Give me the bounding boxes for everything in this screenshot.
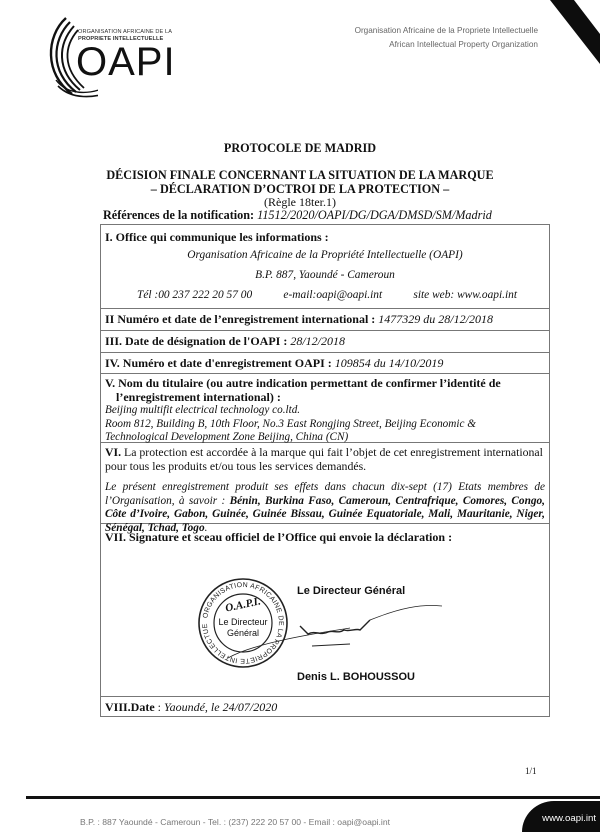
corner-ribbon-icon <box>530 0 600 80</box>
footer-website: www.oapi.int <box>542 813 596 824</box>
logo-acronym: OAPI <box>76 38 176 86</box>
section-oapi-registration: IV. Numéro et date d'enregistrement OAPI… <box>101 353 549 374</box>
designation-date-label: III. Date de désignation de l'OAPI : <box>105 334 287 348</box>
page-number: 1/1 <box>525 766 537 776</box>
section-date: VIII.Date : Yaoundé, le 24/07/2020 <box>101 697 549 718</box>
signatory-name: Denis L. BOHOUSSOU <box>297 671 415 683</box>
footer-website-badge: www.oapi.int <box>522 801 600 832</box>
section-holder: V. Nom du titulaire (ou autre indication… <box>101 374 549 443</box>
logo-line-1: ORGANISATION AFRICAINE DE LA <box>78 29 172 36</box>
section-office: I. Office qui communique les information… <box>101 225 549 309</box>
section-protection: VI. La protection est accordée à la marq… <box>101 443 549 524</box>
office-org-name: Organisation Africaine de la Propriété I… <box>101 249 549 261</box>
signature-heading: VII. Signature et sceau officiel de l’Of… <box>105 530 452 545</box>
protection-statement: VI. La protection est accordée à la marq… <box>105 446 545 473</box>
handwritten-signature-icon <box>220 600 450 660</box>
footer-contact: B.P. : 887 Yaoundé - Cameroun - Tel. : (… <box>0 817 470 827</box>
document-title: PROTOCOLE DE MADRID <box>0 141 600 156</box>
intl-registration-value: 1477329 du 28/12/2018 <box>378 312 493 326</box>
oapi-registration-value: 109854 du 14/10/2019 <box>335 356 444 370</box>
date-label: VIII.Date <box>105 700 155 714</box>
section-office-heading: I. Office qui communique les information… <box>105 230 329 245</box>
header-org-en: African Intellectual Property Organizati… <box>355 38 538 52</box>
holder-heading-2: l’enregistrement international) : <box>105 391 545 405</box>
protection-text: La protection est accordée à la marque q… <box>105 445 543 473</box>
designation-date-value: 28/12/2018 <box>290 334 345 348</box>
intl-registration-label: II Numéro et date de l’enregistrement in… <box>105 312 375 326</box>
office-contacts: Tél :00 237 222 20 57 00 e-mail:oapi@oap… <box>101 289 549 301</box>
footer-divider <box>26 796 600 799</box>
office-website: site web: www.oapi.int <box>413 289 517 301</box>
reference-label: Références de la notification: <box>103 208 254 222</box>
office-address: B.P. 887, Yaoundé - Cameroun <box>101 269 549 281</box>
section-designation-date: III. Date de désignation de l'OAPI : 28/… <box>101 331 549 353</box>
oapi-logo: ORGANISATION AFRICAINE DE LA PROPRIETE I… <box>40 14 180 94</box>
holder-heading-1: V. Nom du titulaire (ou autre indication… <box>105 377 545 391</box>
header-org-fr: Organisation Africaine de la Propriete I… <box>355 24 538 38</box>
header-org-names: Organisation Africaine de la Propriete I… <box>355 24 538 52</box>
holder-name: Beijing multifit electrical technology c… <box>105 404 545 418</box>
protection-label: VI. <box>105 445 121 459</box>
notification-reference: Références de la notification: 11512/202… <box>103 208 492 223</box>
office-email: e-mail:oapi@oapi.int <box>283 289 382 301</box>
date-value: Yaoundé, le 24/07/2020 <box>164 700 277 714</box>
document-subtitle: DÉCISION FINALE CONCERNANT LA SITUATION … <box>0 168 600 196</box>
reference-value: 11512/2020/OAPI/DG/DGA/DMSD/SM/Madrid <box>257 208 492 222</box>
holder-address-1: Room 812, Building B, 10th Floor, No.3 E… <box>105 418 545 432</box>
signatory-title: Le Directeur Général <box>297 585 405 597</box>
subtitle-line-1: DÉCISION FINALE CONCERNANT LA SITUATION … <box>0 168 600 182</box>
subtitle-line-2: – DÉCLARATION D’OCTROI DE LA PROTECTION … <box>0 182 600 196</box>
section-intl-registration: II Numéro et date de l’enregistrement in… <box>101 309 549 331</box>
office-tel: Tél :00 237 222 20 57 00 <box>137 289 252 301</box>
oapi-registration-label: IV. Numéro et date d'enregistrement OAPI… <box>105 356 332 370</box>
